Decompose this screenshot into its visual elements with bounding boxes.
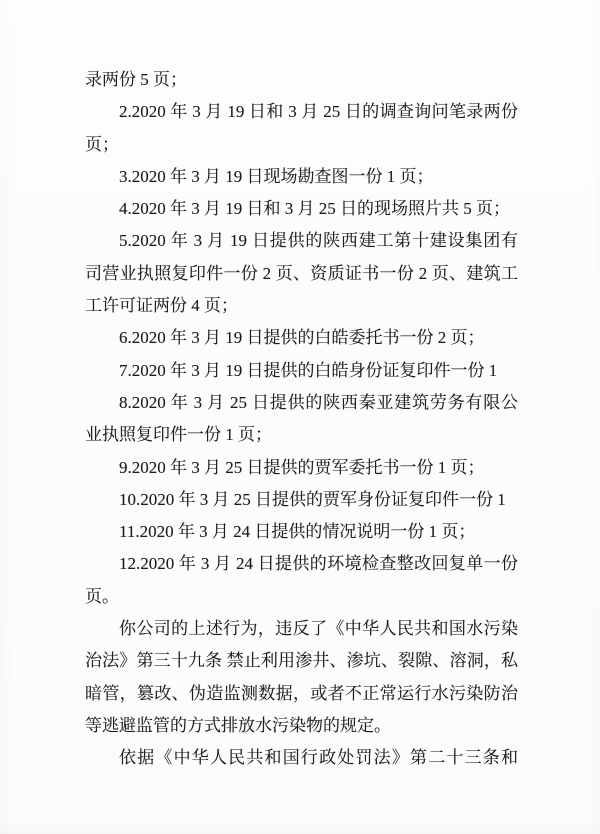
- text-line: 11.2020 年 3 月 24 日提供的情况说明一份 1 页；: [85, 516, 518, 548]
- text-line: 6.2020 年 3 月 19 日提供的白皓委托书一份 2 页；: [85, 322, 518, 354]
- text-line: 你公司的上述行为，违反了《中华人民共和国水污染防: [85, 613, 518, 645]
- text-line: 页；: [85, 129, 518, 161]
- text-line: 2.2020 年 3 月 19 日和 3 月 25 日的调查询问笔录两份 6: [85, 96, 518, 128]
- text-line: 5.2020 年 3 月 19 日提供的陕西建工第十建设集团有限公: [85, 225, 518, 257]
- text-line: 4.2020 年 3 月 19 日和 3 月 25 日的现场照片共 5 页；: [85, 193, 518, 225]
- text-line: 8.2020 年 3 月 25 日提供的陕西秦亚建筑劳务有限公司营: [85, 387, 518, 419]
- text-line: 页。: [85, 581, 518, 613]
- text-line: 工许可证两份 4 页；: [85, 290, 518, 322]
- text-line: 治法》第三十九条 禁止利用渗井、渗坑、裂隙、溶洞，私设: [85, 645, 518, 677]
- text-line: 录两份 5 页；: [85, 64, 518, 96]
- text-line: 12.2020 年 3 月 24 日提供的环境检查整改回复单一份 14: [85, 548, 518, 580]
- text-line: 9.2020 年 3 月 25 日提供的贾军委托书一份 1 页；: [85, 452, 518, 484]
- document-text-block: 录两份 5 页；2.2020 年 3 月 19 日和 3 月 25 日的调查询问…: [85, 64, 518, 775]
- text-line: 司营业执照复印件一份 2 页、资质证书一份 2 页、建筑工程施: [85, 258, 518, 290]
- text-line: 7.2020 年 3 月 19 日提供的白皓身份证复印件一份 1 页；: [85, 355, 518, 387]
- text-line: 业执照复印件一份 1 页；: [85, 419, 518, 451]
- text-line: 10.2020 年 3 月 25 日提供的贾军身份证复印件一份 1 页；: [85, 484, 518, 516]
- text-line: 暗管，篡改、伪造监测数据，或者不正常运行水污染防治设施: [85, 678, 518, 710]
- scanned-document-page: 录两份 5 页；2.2020 年 3 月 19 日和 3 月 25 日的调查询问…: [0, 0, 600, 834]
- text-line: 等逃避监管的方式排放水污染物的规定。: [85, 710, 518, 742]
- text-line: 3.2020 年 3 月 19 日现场勘查图一份 1 页；: [85, 161, 518, 193]
- text-line: 依据《中华人民共和国行政处罚法》第二十三条和《中华: [85, 742, 518, 774]
